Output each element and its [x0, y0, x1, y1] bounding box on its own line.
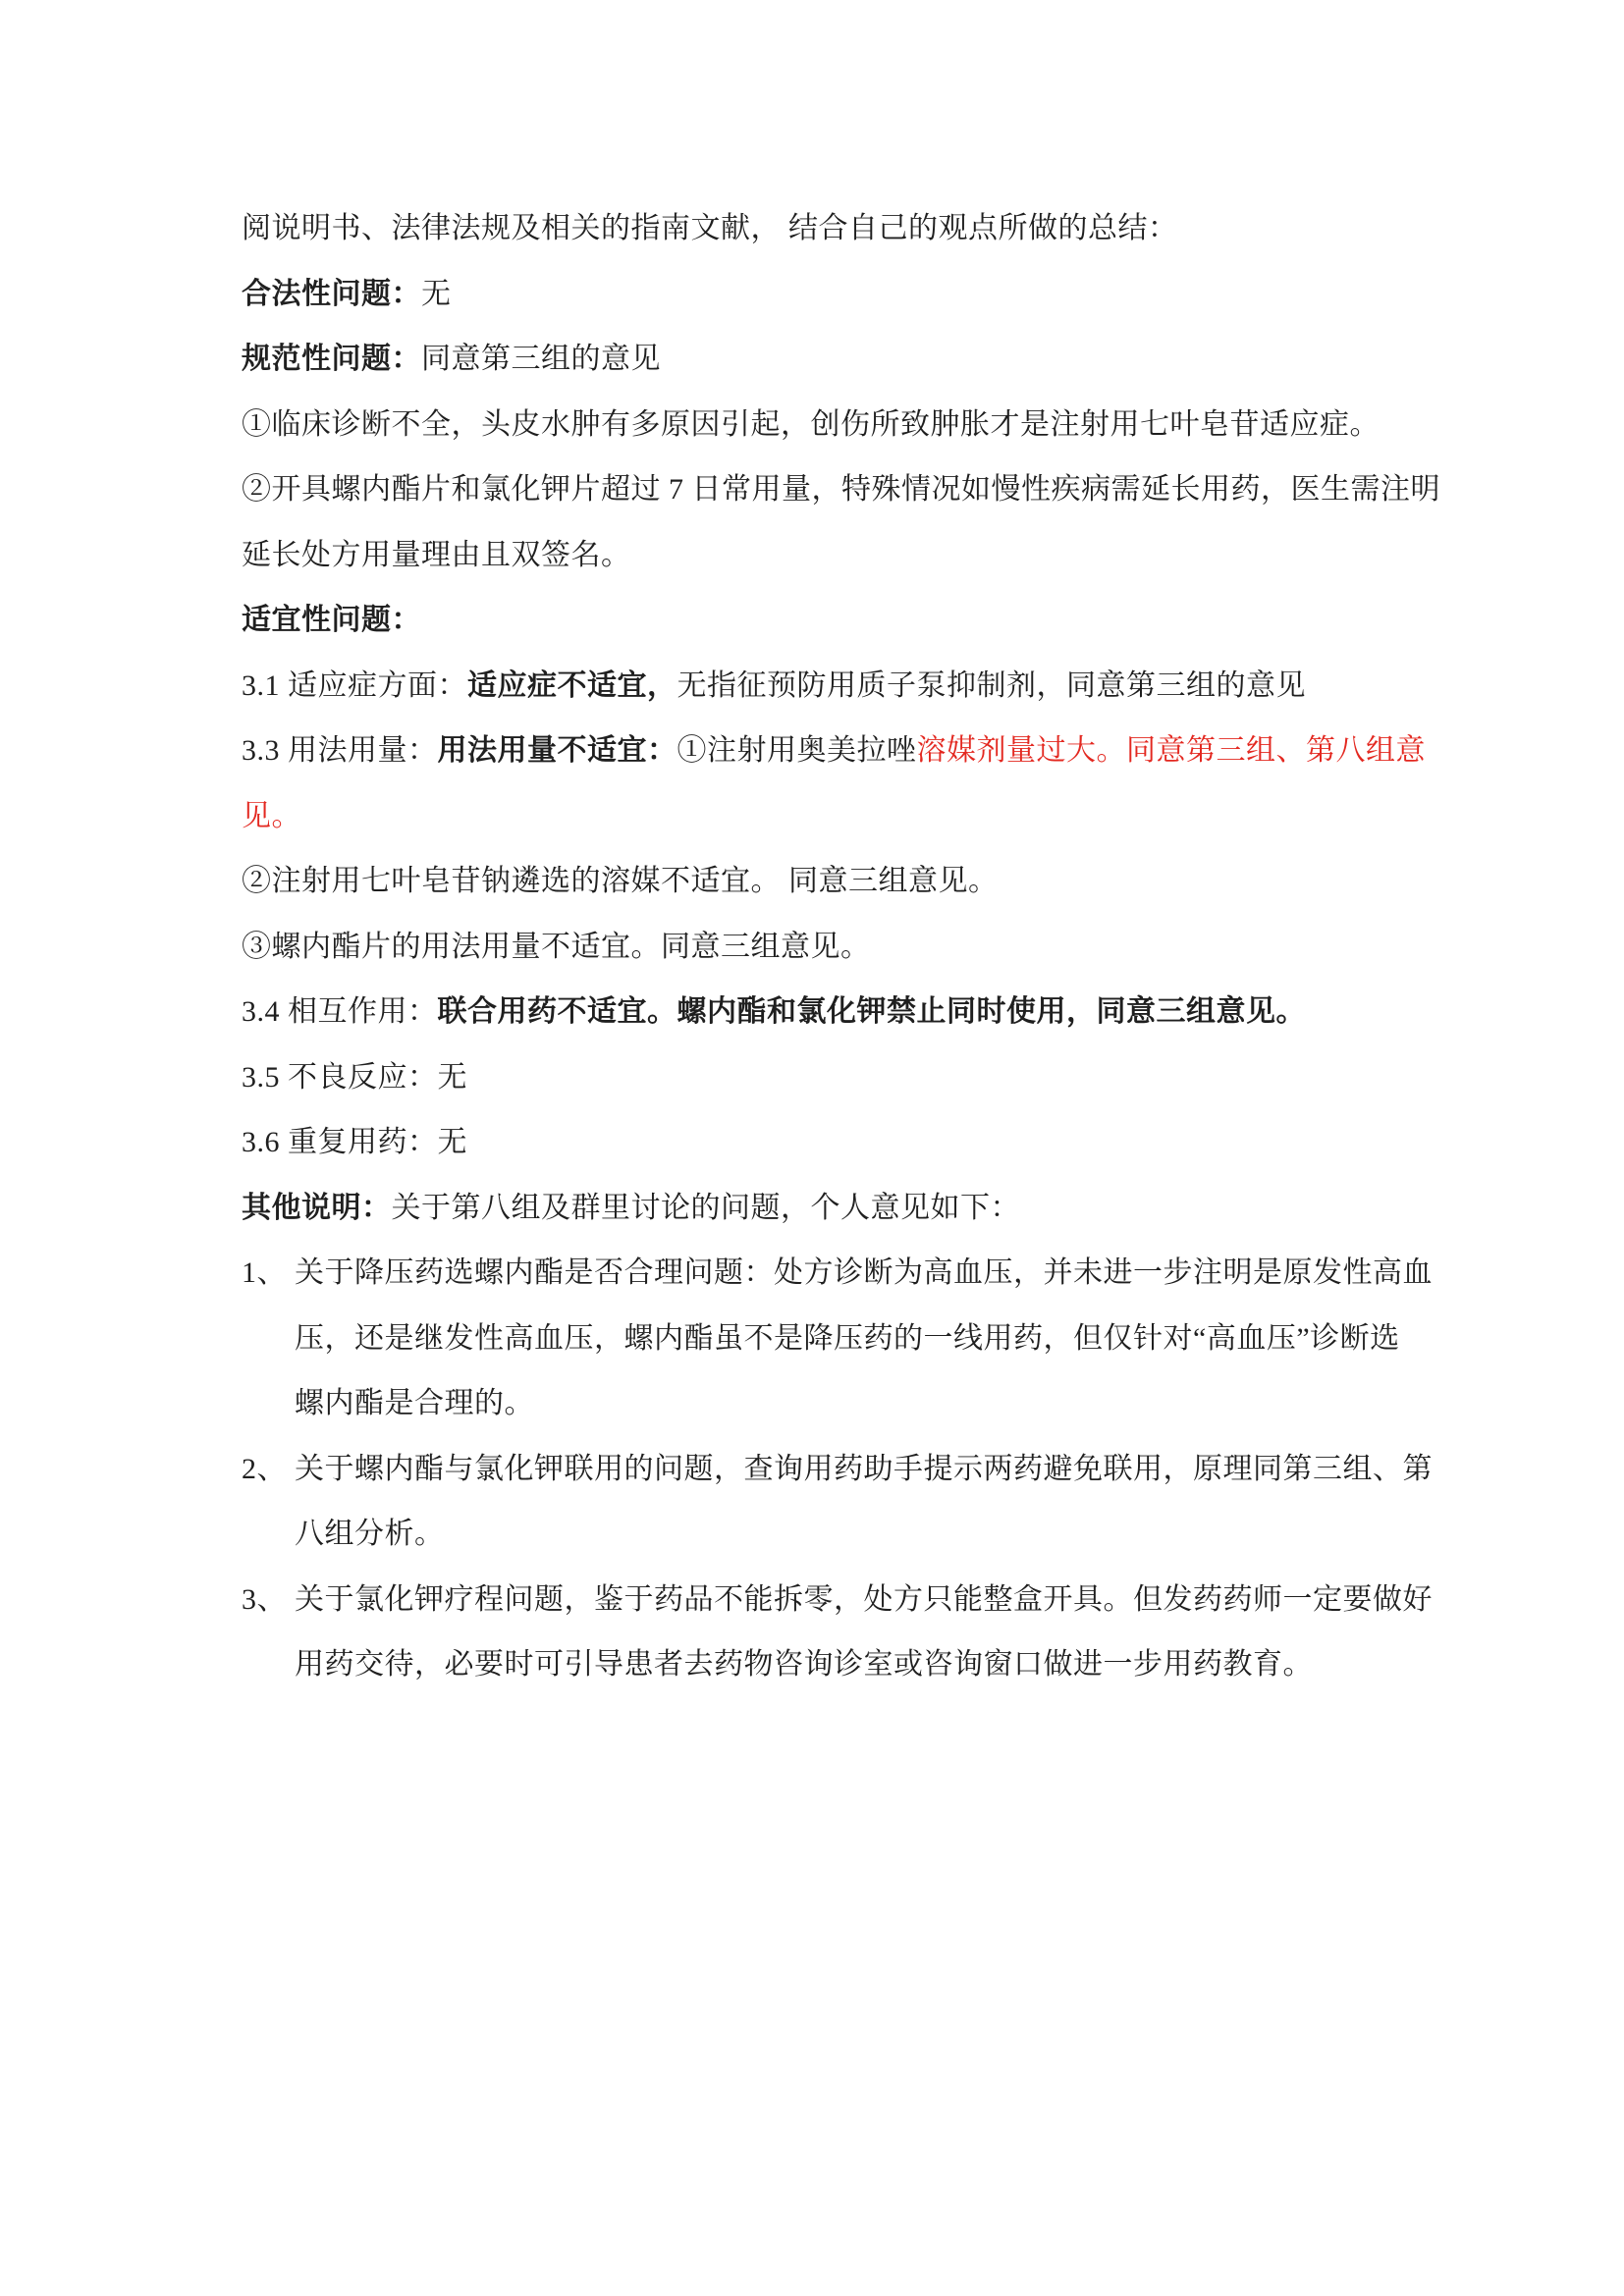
list-continuation-line: 八组分析。	[242, 1502, 1400, 1568]
text-run: 延长处方用量理由且双签名。	[242, 539, 631, 571]
text-line: 适宜性问题：	[242, 588, 1400, 654]
text-run: 关于氯化钾疗程问题，鉴于药品不能拆零，处方只能整盒开具。但发药药师一定要做好	[295, 1583, 1433, 1616]
list-number: 3、	[242, 1568, 295, 1633]
list-number: 2、	[242, 1437, 295, 1503]
text-run: 用药交待，必要时可引导患者去药物咨询诊室或咨询窗口做进一步用药教育。	[295, 1648, 1313, 1681]
text-run: ③螺内酯片的用法用量不适宜。同意三组意见。	[242, 931, 871, 963]
text-run: 阅说明书、法律法规及相关的指南文献， 结合自己的观点所做的总结：	[242, 212, 1178, 244]
text-run: 螺内酯是合理的。	[295, 1387, 534, 1419]
document-page: 阅说明书、法律法规及相关的指南文献， 结合自己的观点所做的总结：合法性问题：无规…	[0, 0, 1624, 2296]
text-line: 见。	[242, 784, 1400, 850]
text-run: 关于第八组及群里讨论的问题，个人意见如下：	[392, 1192, 1021, 1224]
text-run: ②注射用七叶皂苷钠遴选的溶媒不适宜。 同意三组意见。	[242, 865, 999, 897]
text-run: 无指征预防用质子泵抑制剂，同意第三组的意见	[677, 669, 1307, 702]
text-line: 3.5 不良反应：无	[242, 1045, 1400, 1111]
text-line: ②开具螺内酯片和氯化钾片超过 7 日常用量，特殊情况如慢性疾病需延长用药，医生需…	[242, 457, 1400, 523]
text-run: 见。	[242, 800, 301, 832]
text-line: 阅说明书、法律法规及相关的指南文献， 结合自己的观点所做的总结：	[242, 196, 1400, 262]
list-item-line: 1、关于降压药选螺内酯是否合理问题：处方诊断为高血压，并未进一步注明是原发性高血	[242, 1241, 1400, 1307]
text-run: 联合用药不适宜。螺内酯和氯化钾禁止同时使用，同意三组意见。	[438, 995, 1307, 1028]
text-line: 延长处方用量理由且双签名。	[242, 523, 1400, 589]
text-line: 其他说明：关于第八组及群里讨论的问题，个人意见如下：	[242, 1176, 1400, 1242]
text-run: ①注射用奥美拉唑	[677, 734, 917, 767]
text-run: 3.3 用法用量：	[242, 734, 438, 767]
text-run: 3.6 重复用药：无	[242, 1126, 467, 1158]
text-line: 3.1 适应症方面：适应症不适宜，无指征预防用质子泵抑制剂，同意第三组的意见	[242, 654, 1400, 720]
list-number: 1、	[242, 1241, 295, 1307]
text-run: 溶媒剂量过大。同意第三组、第八组意	[917, 734, 1427, 767]
text-line: 3.3 用法用量：用法用量不适宜：①注射用奥美拉唑溶媒剂量过大。同意第三组、第八…	[242, 719, 1400, 784]
text-run: 3.4 相互作用：	[242, 995, 438, 1028]
text-line: 3.6 重复用药：无	[242, 1110, 1400, 1176]
list-item-line: 3、关于氯化钾疗程问题，鉴于药品不能拆零，处方只能整盒开具。但发药药师一定要做好	[242, 1568, 1400, 1633]
text-run: 关于螺内酯与氯化钾联用的问题，查询用药助手提示两药避免联用，原理同第三组、第	[295, 1453, 1433, 1485]
text-run: 无	[421, 278, 452, 310]
list-item-line: 2、关于螺内酯与氯化钾联用的问题，查询用药助手提示两药避免联用，原理同第三组、第	[242, 1437, 1400, 1503]
text-run: 3.1 适应症方面：	[242, 669, 467, 702]
text-line: 合法性问题：无	[242, 262, 1400, 328]
text-line: ③螺内酯片的用法用量不适宜。同意三组意见。	[242, 915, 1400, 981]
list-continuation-line: 压，还是继发性高血压，螺内酯虽不是降压药的一线用药，但仅针对“高血压”诊断选	[242, 1307, 1400, 1372]
text-run: 用法用量不适宜：	[438, 734, 677, 767]
text-run: 关于降压药选螺内酯是否合理问题：处方诊断为高血压，并未进一步注明是原发性高血	[295, 1256, 1433, 1289]
text-run: 适应症不适宜，	[467, 669, 677, 702]
text-line: ②注射用七叶皂苷钠遴选的溶媒不适宜。 同意三组意见。	[242, 849, 1400, 915]
text-run: ②开具螺内酯片和氯化钾片超过 7 日常用量，特殊情况如慢性疾病需延长用药，医生需…	[242, 473, 1440, 506]
text-run: 其他说明：	[242, 1192, 392, 1224]
text-line: ①临床诊断不全，头皮水肿有多原因引起，创伤所致肿胀才是注射用七叶皂苷适应症。	[242, 393, 1400, 458]
text-run: 压，还是继发性高血压，螺内酯虽不是降压药的一线用药，但仅针对“高血压”诊断选	[295, 1322, 1400, 1355]
text-run: ①临床诊断不全，头皮水肿有多原因引起，创伤所致肿胀才是注射用七叶皂苷适应症。	[242, 408, 1380, 441]
text-line: 规范性问题：同意第三组的意见	[242, 327, 1400, 393]
list-continuation-line: 螺内酯是合理的。	[242, 1371, 1400, 1437]
list-continuation-line: 用药交待，必要时可引导患者去药物咨询诊室或咨询窗口做进一步用药教育。	[242, 1632, 1400, 1698]
document-body: 阅说明书、法律法规及相关的指南文献， 结合自己的观点所做的总结：合法性问题：无规…	[242, 196, 1400, 1698]
text-run: 同意第三组的意见	[421, 343, 661, 375]
text-run: 适宜性问题：	[242, 604, 421, 636]
text-run: 3.5 不良反应：无	[242, 1061, 467, 1094]
text-line: 3.4 相互作用：联合用药不适宜。螺内酯和氯化钾禁止同时使用，同意三组意见。	[242, 980, 1400, 1045]
text-run: 合法性问题：	[242, 278, 421, 310]
text-run: 规范性问题：	[242, 343, 421, 375]
text-run: 八组分析。	[295, 1518, 445, 1550]
